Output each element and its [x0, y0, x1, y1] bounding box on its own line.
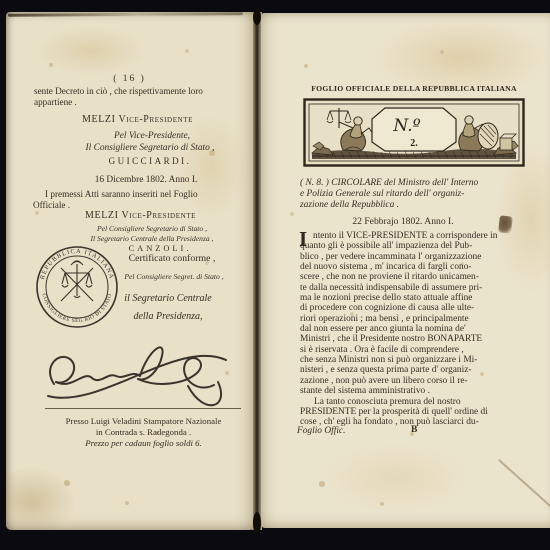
paper-crease — [499, 459, 550, 512]
catchword: Foglio Offic. — [297, 426, 345, 437]
text-line: La tanto conosciuta premura del nostro — [300, 397, 530, 407]
left-page: ( 16 ) sente Decreto in ciò , che rispet… — [6, 12, 253, 530]
pel-vice-presidente-line: Pel Vice-Presidente, — [51, 131, 253, 142]
text-line: appartiene . — [34, 97, 203, 108]
right-page: FOGLIO OFFICIALE DELLA REPUBBLICA ITALIA… — [261, 13, 550, 528]
text-line: Prezzo per cadaun foglio soldi 6. — [34, 438, 253, 449]
text-line: ( N. 8. ) CIRCOLARE del Ministro dell' I… — [300, 178, 478, 189]
text-line: zazione della Repubblica . — [300, 200, 478, 211]
foglio-notice-lines: I premessi Atti saranno inseriti nel Fog… — [33, 189, 198, 211]
text-line: Pel Consigliere Segretario di Stato , — [51, 224, 253, 234]
consigliere-segretario-line: Il Consigliere Segretario di Stato , — [47, 143, 253, 154]
text-line: riori operazioni ; ma bensì , e principa… — [300, 314, 530, 324]
text-line: in Contrada s. Radegonda . — [34, 427, 253, 438]
text-line: dal non essere per anco giunta la nomina… — [300, 324, 530, 334]
text-line: e Polizia Generale sul ritardo dell' org… — [300, 189, 478, 200]
gathering-signature-mark: B — [411, 425, 417, 436]
circular-body-lines: ntento il VICE-PRESIDENTE a corrisponder… — [300, 231, 530, 428]
text-line: te dalla necessità indispensabile di ass… — [300, 283, 530, 293]
text-line: scere , che non ne proviene il ritardo u… — [300, 272, 530, 282]
text-line: ma le nozioni precise dello stato attual… — [300, 293, 530, 303]
page-number: ( 16 ) — [6, 74, 253, 85]
text-line: che senza Ministri non si può organizzar… — [300, 355, 530, 365]
imprint-divider-rule — [45, 408, 241, 409]
decree-closing-lines: sente Decreto in ciò , che rispettivamen… — [34, 86, 203, 108]
text-line: Il Segretario Centrale della Presidenza … — [51, 234, 253, 244]
vignette-cartouche: N.º 2. — [372, 108, 456, 151]
republic-seal: REPUBBLICA ITALIANA CONSIGLIERE SEG.RIO … — [34, 244, 120, 330]
engraved-vignette: N.º 2. — [303, 98, 525, 170]
melzi-heading-1: MELZI Vice-Presidente — [22, 114, 253, 125]
text-line: I premessi Atti saranno inseriti nel Fog… — [33, 189, 198, 200]
paper-stain — [321, 443, 471, 513]
text-line: Ministri , che il Presidente nostro BONA… — [300, 334, 530, 344]
text-line: si è riservata . Ora è facile di compren… — [300, 345, 530, 355]
paper-stain — [36, 26, 146, 76]
paper-speckles — [261, 13, 263, 15]
masthead-title: FOGLIO OFFICIALE DELLA REPUBBLICA ITALIA… — [300, 85, 528, 94]
text-line: stante del sistema amministrativo . — [300, 386, 530, 396]
text-line: di procedere con cognizione di causa all… — [300, 303, 530, 313]
text-line: quanto gli è possibile all' impazienza d… — [300, 241, 530, 251]
text-line: blico , per vedere incamminata l' organi… — [300, 252, 530, 262]
melzi-heading-2: MELZI Vice-Presidente — [28, 210, 253, 221]
text-line: zazione , non può avere un libero corso … — [300, 376, 530, 386]
vignette-issue-number: 2. — [410, 138, 418, 149]
page-edge-shadow — [8, 12, 243, 16]
paper-speckles — [6, 12, 8, 14]
seal-emblem-scales-icon — [61, 261, 93, 301]
printer-imprint-lines: Presso Luigi Veladini Stampatore Naziona… — [34, 416, 253, 448]
text-line: ntento il VICE-PRESIDENTE a corrisponder… — [300, 231, 530, 241]
text-line: sente Decreto in ciò , che rispettivamen… — [34, 86, 203, 97]
paper-stain — [6, 467, 76, 530]
text-line: nisteri , e senza questa prima parte d' … — [300, 365, 530, 375]
vignette-issue-label: N.º — [392, 116, 420, 136]
text-line: Presso Luigi Veladini Stampatore Naziona… — [34, 416, 253, 427]
text-line: del nuovo sistema , m' incarica di fargl… — [300, 262, 530, 272]
text-line: PRESIDENTE per la prosperità di quell' o… — [300, 407, 530, 417]
book-photograph: ( 16 ) sente Decreto in ciò , che rispet… — [0, 0, 550, 550]
guicciardi-name: GUICCIARDI. — [47, 156, 253, 166]
circular-heading-lines: ( N. 8. ) CIRCOLARE del Ministro dell' I… — [300, 178, 478, 211]
right-date-line: 22 Febbrajo 1802. Anno I. — [300, 217, 506, 228]
left-date-line: 16 Dicembre 1802. Anno I. — [39, 175, 253, 186]
attestation-small-lines: Pel Consigliere Segretario di Stato ,Il … — [51, 224, 253, 243]
